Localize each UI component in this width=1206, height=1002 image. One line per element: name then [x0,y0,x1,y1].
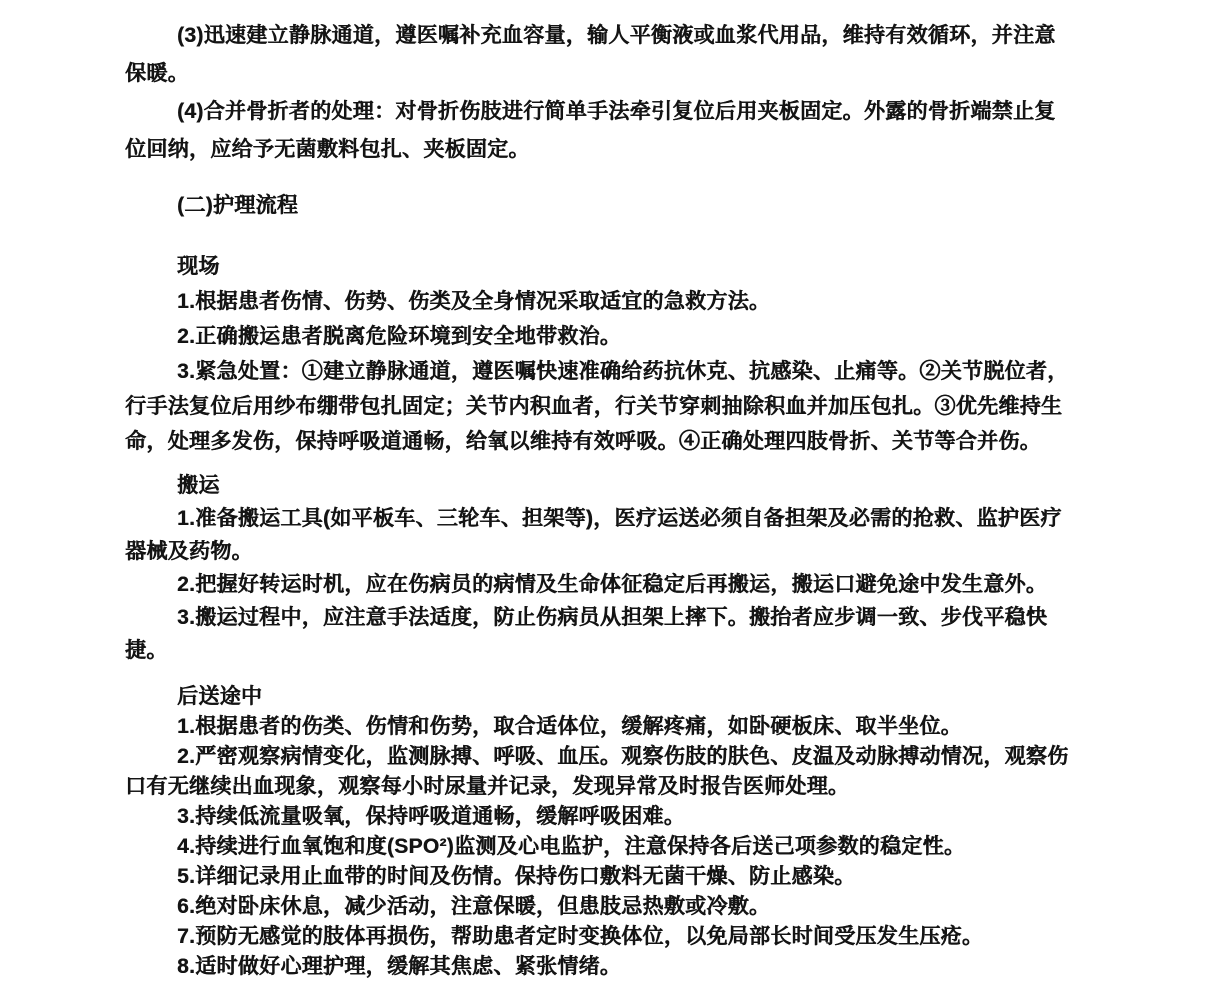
list-item: 5.详细记录用止血带的时间及伤情。保持伤口敷料无菌干燥、防止感染。 [125,862,1073,892]
list-item: 1.准备搬运工具(如平板车、三轮车、担架等)，医疗运送必须自备担架及必需的抢救、… [125,502,1073,568]
subheading-evacuation-route: 后送途中 [125,682,1073,712]
subheading-on-site: 现场 [125,249,1073,284]
list-item: 3.紧急处置：①建立静脉通道，遵医嘱快速准确给药抗休克、抗感染、止痛等。②关节脱… [125,354,1073,459]
list-item: 8.适时做好心理护理，缓解其焦虑、紧张情绪。 [125,952,1073,982]
list-item: 2.严密观察病情变化，监测脉搏、呼吸、血压。观察伤肢的肤色、皮温及动脉搏动情况，… [125,742,1073,802]
subheading-transport: 搬运 [125,469,1073,502]
document-page: (3)迅速建立静脉通道，遵医嘱补充血容量，输人平衡液或血浆代用品，维持有效循环，… [0,0,1206,1002]
list-item: 3.搬运过程中，应注意手法适度，防止伤病员从担架上摔下。搬抬者应步调一致、步伐平… [125,601,1073,667]
list-item: 2.把握好转运时机，应在伤病员的病情及生命体征稳定后再搬运，搬运口避免途中发生意… [125,568,1073,601]
list-item: 4.持续进行血氧饱和度(SPO²)监测及心电监护，注意保持各后送己项参数的稳定性… [125,832,1073,862]
section-heading-nursing-flow: (二)护理流程 [125,187,1073,225]
list-item: 1.根据患者的伤类、伤情和伤势，取合适体位，缓解疼痛，如卧硬板床、取半坐位。 [125,712,1073,742]
list-item: 7.预防无感觉的肢体再损伤，帮助患者定时变换体位，以免局部长时间受压发生压疮。 [125,922,1073,952]
paragraph-fracture-handling: (4)合并骨折者的处理：对骨折伤肢进行简单手法牵引复位后用夹板固定。外露的骨折端… [125,93,1073,169]
list-item: 6.绝对卧床休息，减少活动，注意保暖，但患肢忌热敷或冷敷。 [125,892,1073,922]
list-item: 1.根据患者伤情、伤势、伤类及全身情况采取适宜的急救方法。 [125,284,1073,319]
list-item: 3.持续低流量吸氧，保持呼吸道通畅，缓解呼吸困难。 [125,802,1073,832]
paragraph-fracture-iv: (3)迅速建立静脉通道，遵医嘱补充血容量，输人平衡液或血浆代用品，维持有效循环，… [125,17,1073,93]
list-item: 2.正确搬运患者脱离危险环境到安全地带救治。 [125,319,1073,354]
